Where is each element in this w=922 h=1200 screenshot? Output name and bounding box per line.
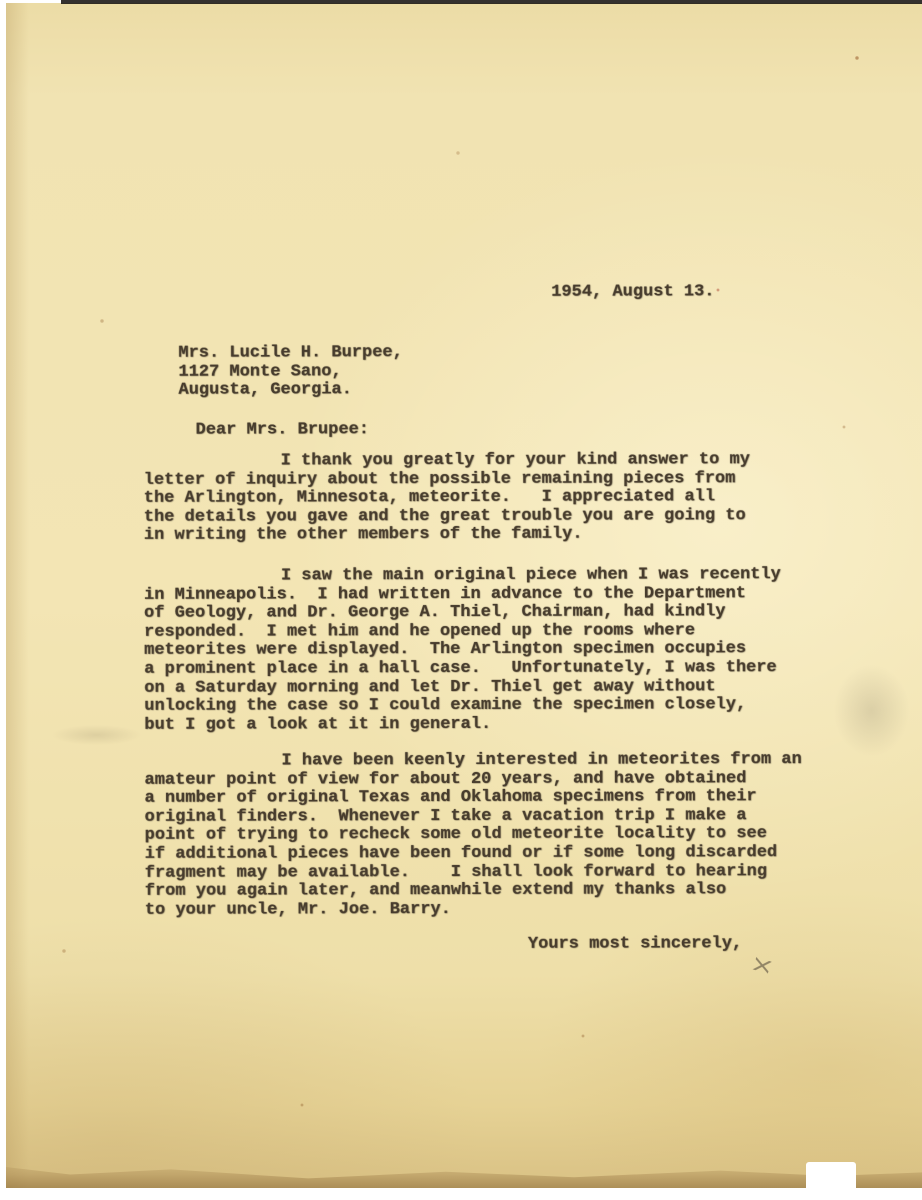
address-line-name: Mrs. Lucile H. Burpee,	[178, 344, 402, 363]
ink-smudge	[824, 653, 919, 768]
body-paragraph-1: I thank you greatly for your kind answer…	[144, 451, 844, 546]
address-line-city: Augusta, Georgia.	[178, 381, 402, 400]
scanned-letter-page: 1954, August 13. Mrs. Lucile H. Burpee, …	[0, 0, 922, 1200]
date-line: 1954, August 13.	[551, 283, 714, 302]
letter-content: 1954, August 13. Mrs. Lucile H. Burpee, …	[4, 2, 922, 1189]
complimentary-close: Yours most sincerely,	[528, 935, 742, 954]
body-paragraph-3: I have been keenly interested in meteori…	[144, 751, 844, 920]
recipient-address: Mrs. Lucile H. Burpee, 1127 Monte Sano, …	[178, 344, 403, 400]
ink-smudge	[44, 723, 149, 747]
letter-paper: 1954, August 13. Mrs. Lucile H. Burpee, …	[6, 3, 922, 1188]
body-paragraph-2: I saw the main original piece when I was…	[144, 566, 844, 735]
address-line-street: 1127 Monte Sano,	[178, 363, 402, 382]
salutation: Dear Mrs. Brupee:	[196, 421, 369, 440]
paper-tear-notch	[806, 1162, 856, 1190]
